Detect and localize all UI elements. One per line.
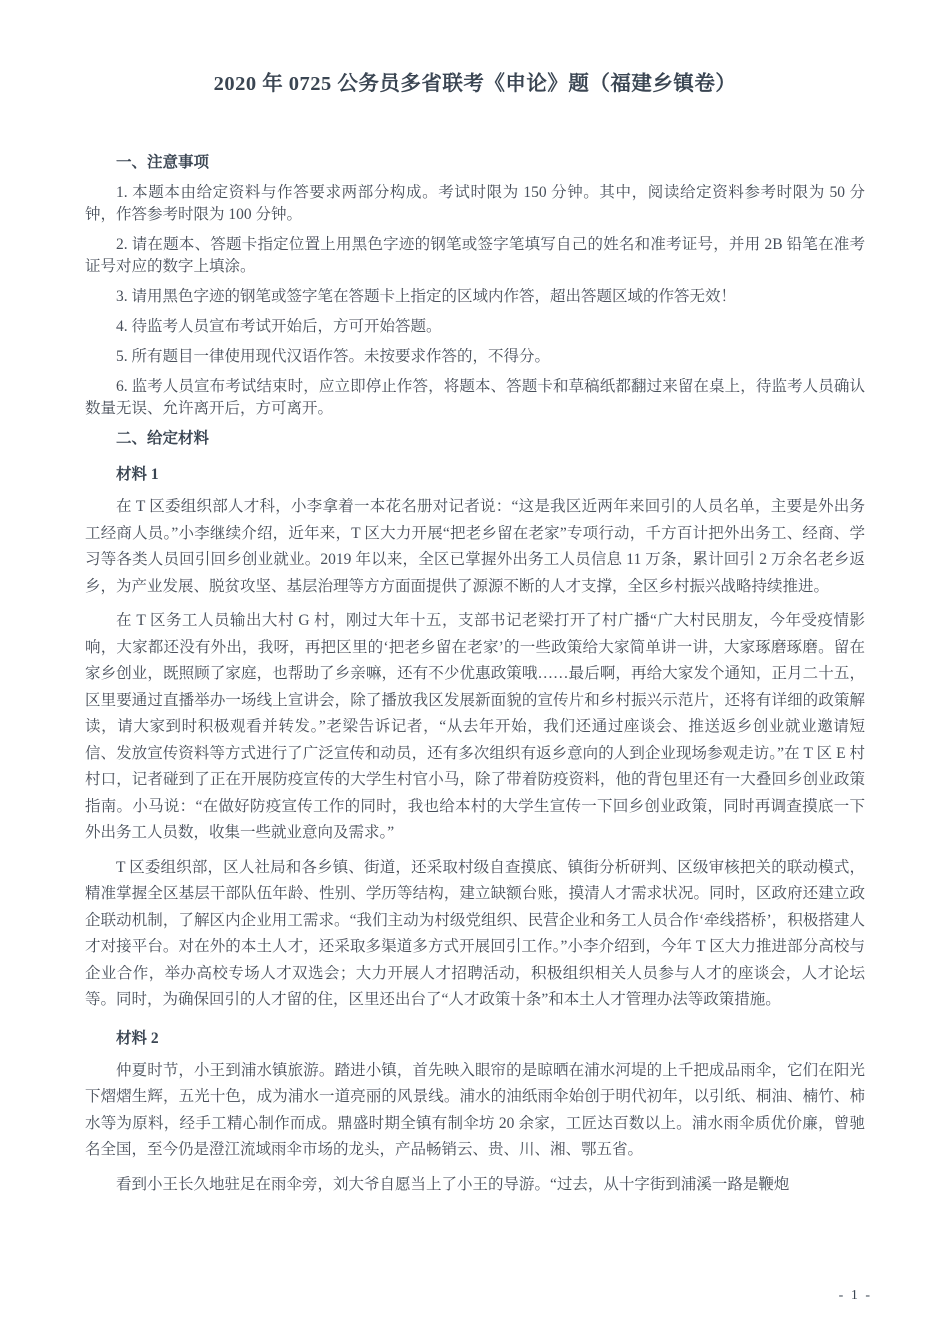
material1-paragraph-3: T 区委组织部，区人社局和各乡镇、街道，还采取村级自查摸底、镇街分析研判、区级审… (85, 855, 865, 1014)
notice-item-1: 1. 本题本由给定资料与作答要求两部分构成。考试时限为 150 分钟。其中，阅读… (85, 182, 865, 226)
notice-item-4: 4. 待监考人员宣布考试开始后，方可开始答题。 (85, 316, 865, 338)
page-number: - 1 - (839, 1288, 872, 1304)
material1-paragraph-2: 在 T 区务工人员输出大村 G 村，刚过大年十五，支部书记老梁打开了村广播“广大… (85, 608, 865, 847)
document-page: 2020 年 0725 公务员多省联考《申论》题（福建乡镇卷） 一、注意事项 1… (0, 0, 950, 1344)
materials-section-heading: 二、给定材料 (85, 428, 865, 450)
material2-label: 材料 2 (85, 1028, 865, 1050)
material1-label: 材料 1 (85, 464, 865, 486)
notice-section-heading: 一、注意事项 (85, 152, 865, 174)
notice-item-6: 6. 监考人员宣布考试结束时，应立即停止作答，将题本、答题卡和草稿纸都翻过来留在… (85, 376, 865, 420)
notice-item-2: 2. 请在题本、答题卡指定位置上用黑色字迹的钢笔或签字笔填写自己的姓名和准考证号… (85, 234, 865, 278)
document-title: 2020 年 0725 公务员多省联考《申论》题（福建乡镇卷） (85, 70, 865, 98)
material1-paragraph-1: 在 T 区委组织部人才科，小李拿着一本花名册对记者说：“这是我区近两年来回引的人… (85, 494, 865, 600)
notice-item-5: 5. 所有题目一律使用现代汉语作答。未按要求作答的，不得分。 (85, 346, 865, 368)
material2-paragraph-2: 看到小王长久地驻足在雨伞旁，刘大爷自愿当上了小王的导游。“过去，从十字街到浦溪一… (85, 1172, 865, 1199)
notice-item-3: 3. 请用黑色字迹的钢笔或签字笔在答题卡上指定的区域内作答，超出答题区域的作答无… (85, 286, 865, 308)
material2-paragraph-1: 仲夏时节，小王到浦水镇旅游。踏进小镇，首先映入眼帘的是晾晒在浦水河堤的上千把成品… (85, 1058, 865, 1164)
